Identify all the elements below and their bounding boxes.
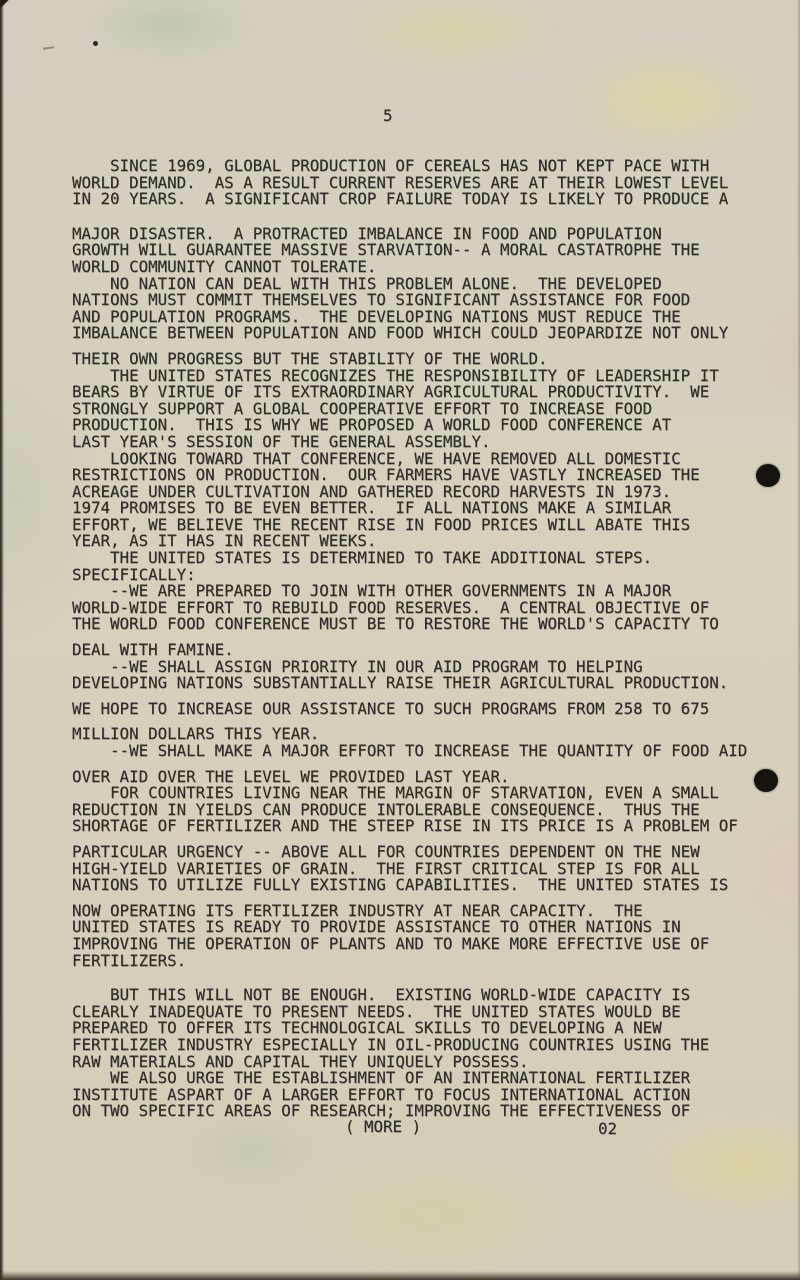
text-line: ON TWO SPECIFIC AREAS OF RESEARCH; IMPRO… — [72, 1103, 772, 1120]
scan-edge-left — [0, 0, 4, 1280]
document-body: SINCE 1969, GLOBAL PRODUCTION OF CEREALS… — [72, 158, 772, 1120]
text-line: DEVELOPING NATIONS SUBSTANTIALLY RAISE T… — [72, 675, 772, 692]
footer-page-code: 02 — [598, 1121, 617, 1138]
text-line: SHORTAGE OF FERTILIZER AND THE STEEP RIS… — [72, 818, 772, 835]
scan-corner-mark — [0, 0, 12, 16]
text-line: LAST YEAR'S SESSION OF THE GENERAL ASSEM… — [72, 434, 772, 451]
text-line: --WE SHALL MAKE A MAJOR EFFORT TO INCREA… — [72, 743, 772, 760]
punch-hole-dot-icon — [754, 769, 778, 792]
text-line: IMBALANCE BETWEEN POPULATION AND FOOD WH… — [72, 325, 772, 342]
text-line: WE HOPE TO INCREASE OUR ASSISTANCE TO SU… — [72, 701, 772, 718]
text-line: NATIONS TO UTILIZE FULLY EXISTING CAPABI… — [72, 877, 772, 894]
ink-speck-icon — [93, 41, 98, 46]
page-footer: ( MORE ) 02 — [0, 1119, 800, 1137]
text-line: FERTILIZERS. — [72, 953, 772, 970]
footer-more-label: ( MORE ) — [345, 1119, 421, 1136]
text-line: IN 20 YEARS. A SIGNIFICANT CROP FAILURE … — [72, 191, 772, 208]
scanned-document-page: 5 SINCE 1969, GLOBAL PRODUCTION OF CEREA… — [0, 0, 800, 1280]
scan-edge-bottom — [0, 1271, 800, 1280]
text-line: FERTILIZER INDUSTRY ESPECIALLY IN OIL-PR… — [72, 1037, 772, 1054]
pencil-mark-icon — [43, 46, 54, 50]
page-number: 5 — [383, 108, 393, 125]
punch-hole-dot-icon — [756, 464, 780, 487]
text-line: THE WORLD FOOD CONFERENCE MUST BE TO RES… — [72, 616, 772, 633]
